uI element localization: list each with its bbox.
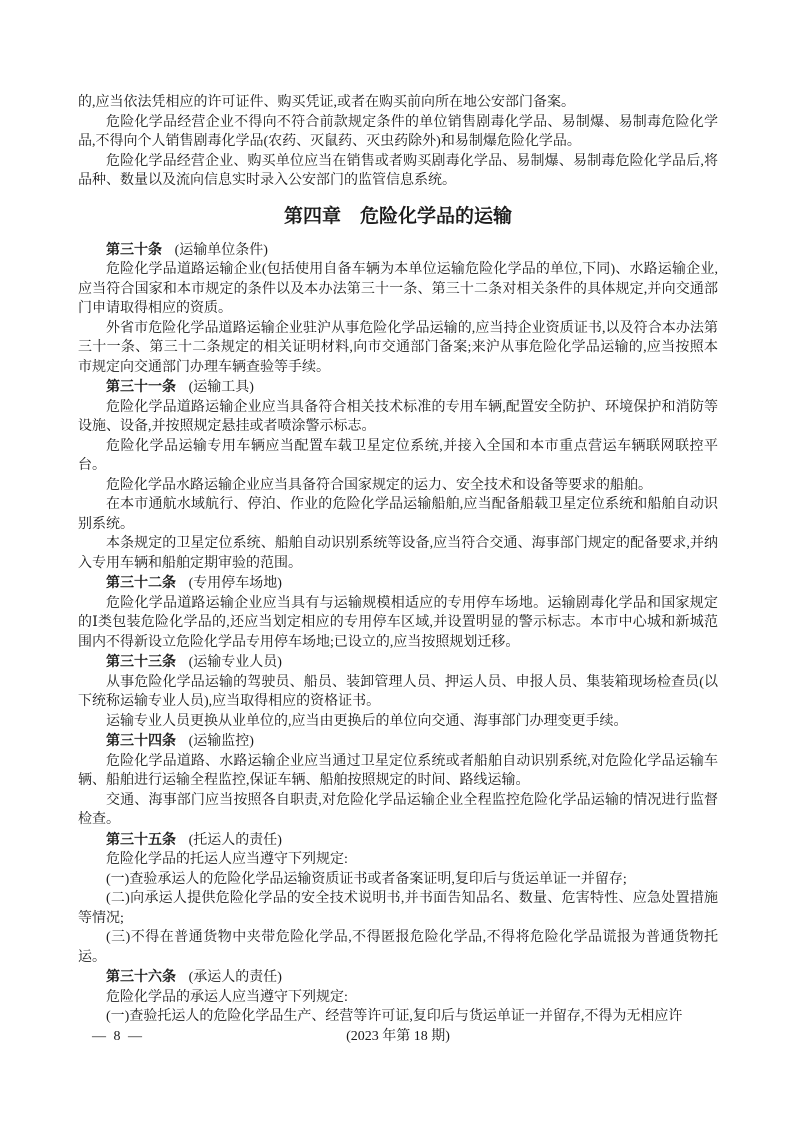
paragraph: 运输专业人员更换从业单位的,应当由更换后的单位向交通、海事部门办理变更手续。 xyxy=(78,712,718,732)
paragraph: 从事危险化学品运输的驾驶员、船员、装卸管理人员、押运人员、申报人员、集装箱现场检… xyxy=(78,673,718,712)
paragraph: 危险化学品道路、水路运输企业应当通过卫星定位系统或者船舶自动识别系统,对危险化学… xyxy=(78,752,718,791)
paragraph: (一)查验托运人的危险化学品生产、经营等许可证,复印后与货运单证一并留存,不得为… xyxy=(78,1007,718,1027)
article-title: (专用停车场地) xyxy=(189,576,282,591)
article-number: 第三十二条 xyxy=(106,574,176,590)
paragraph: 危险化学品经营企业、购买单位应当在销售或者购买剧毒化学品、易制爆、易制毒危险化学… xyxy=(78,152,718,191)
article-number: 第三十五条 xyxy=(106,831,176,847)
paragraph: 交通、海事部门应当按照各自职责,对危险化学品运输企业全程监控危险化学品运输的情况… xyxy=(78,791,718,830)
paragraph: 危险化学品运输专用车辆应当配置车载卫星定位系统,并接入全国和本市重点营运车辆联网… xyxy=(78,437,718,476)
paragraph: 本条规定的卫星定位系统、船舶自动识别系统等设备,应当符合交通、海事部门规定的配备… xyxy=(78,534,718,573)
paragraph: 危险化学品道路运输企业应当具有与运输规模相适应的专用停车场地。运输剧毒化学品和国… xyxy=(78,594,718,653)
article-title: (托运人的责任) xyxy=(189,833,282,848)
paragraph: 危险化学品道路运输企业(包括使用自备车辆为本单位运输危险化学品的单位,下同)、水… xyxy=(78,260,718,319)
paragraph: (一)查验承运人的危险化学品运输资质证书或者备案证明,复印后与货运单证一并留存; xyxy=(78,870,718,890)
intro-paragraphs: 的,应当依法凭相应的许可证件、购买凭证,或者在购买前向所在地公安部门备案。危险化… xyxy=(78,93,718,191)
document-page: 的,应当依法凭相应的许可证件、购买凭证,或者在购买前向所在地公安部门备案。危险化… xyxy=(0,0,793,1122)
article-number: 第三十条 xyxy=(106,241,162,257)
article-title: (运输专业人员) xyxy=(189,655,282,670)
article-heading: 第三十条(运输单位条件) xyxy=(78,240,718,261)
article-number: 第三十一条 xyxy=(106,378,176,394)
article-heading: 第三十一条(运输工具) xyxy=(78,377,718,398)
article-title: (运输工具) xyxy=(189,380,254,395)
paragraph: 危险化学品道路运输企业应当具备符合相关技术标准的专用车辆,配置安全防护、环境保护… xyxy=(78,398,718,437)
articles-section: 第三十条(运输单位条件)危险化学品道路运输企业(包括使用自备车辆为本单位运输危险… xyxy=(78,240,718,1027)
paragraph: 危险化学品经营企业不得向不符合前款规定条件的单位销售剧毒化学品、易制爆、易制毒危… xyxy=(78,113,718,152)
article-heading: 第三十三条(运输专业人员) xyxy=(78,652,718,673)
article-heading: 第三十五条(托运人的责任) xyxy=(78,830,718,851)
document-content: 的,应当依法凭相应的许可证件、购买凭证,或者在购买前向所在地公安部门备案。危险化… xyxy=(78,93,718,1027)
article-title: (承运人的责任) xyxy=(189,970,282,985)
chapter-number: 第四章 xyxy=(284,206,341,227)
paragraph: 危险化学品的承运人应当遵守下列规定: xyxy=(78,988,718,1008)
chapter-heading: 第四章危险化学品的运输 xyxy=(78,204,718,230)
article-number: 第三十四条 xyxy=(106,732,176,748)
paragraph: 的,应当依法凭相应的许可证件、购买凭证,或者在购买前向所在地公安部门备案。 xyxy=(78,93,718,113)
article-title: (运输单位条件) xyxy=(175,243,268,258)
article-number: 第三十六条 xyxy=(106,968,176,984)
article-heading: 第三十二条(专用停车场地) xyxy=(78,573,718,594)
page-footer: — 8 — (2023 年第 18 期) xyxy=(78,1028,718,1048)
paragraph: (二)向承运人提供危险化学品的安全技术说明书,并书面告知品名、数量、危害特性、应… xyxy=(78,889,718,928)
paragraph: 危险化学品水路运输企业应当具备符合国家规定的运力、安全技术和设备等要求的船舶。 xyxy=(78,476,718,496)
issue-label: (2023 年第 18 期) xyxy=(78,1028,718,1046)
paragraph: 在本市通航水域航行、停泊、作业的危险化学品运输船舶,应当配备船载卫星定位系统和船… xyxy=(78,495,718,534)
article-heading: 第三十六条(承运人的责任) xyxy=(78,967,718,988)
article-number: 第三十三条 xyxy=(106,653,176,669)
chapter-title: 危险化学品的运输 xyxy=(360,206,512,227)
paragraph: 危险化学品的托运人应当遵守下列规定: xyxy=(78,850,718,870)
paragraph: (三)不得在普通货物中夹带危险化学品,不得匿报危险化学品,不得将危险化学品谎报为… xyxy=(78,928,718,967)
article-title: (运输监控) xyxy=(189,734,254,749)
article-heading: 第三十四条(运输监控) xyxy=(78,731,718,752)
paragraph: 外省市危险化学品道路运输企业驻沪从事危险化学品运输的,应当持企业资质证书,以及符… xyxy=(78,319,718,378)
